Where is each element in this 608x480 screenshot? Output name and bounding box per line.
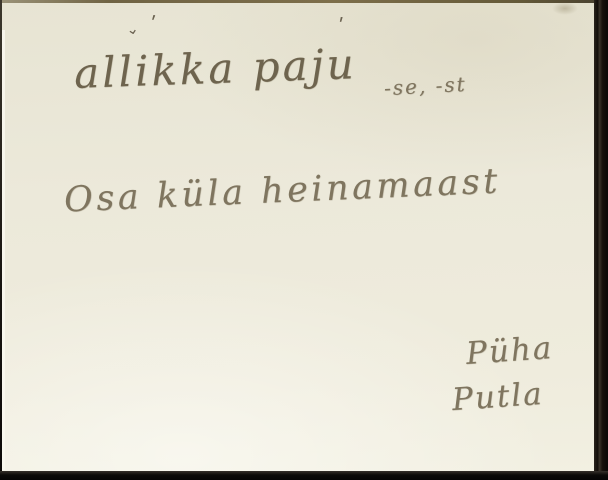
scan-edge-top xyxy=(0,0,608,3)
scan-edge-bottom xyxy=(0,471,608,480)
handwritten-place-puha: Püha xyxy=(465,333,554,370)
scanned-card: ⌄ ʹ ʹ allikka paju -se, -st Osa küla hei… xyxy=(0,0,608,480)
smudge-mark xyxy=(552,2,578,15)
handwritten-place-putla: Putla xyxy=(451,379,545,416)
scan-edge-left-highlight xyxy=(2,30,5,470)
scan-edge-right xyxy=(594,0,608,480)
handwritten-case-endings: -se, -st xyxy=(384,74,468,98)
handwritten-title: allikka paju xyxy=(73,43,357,95)
